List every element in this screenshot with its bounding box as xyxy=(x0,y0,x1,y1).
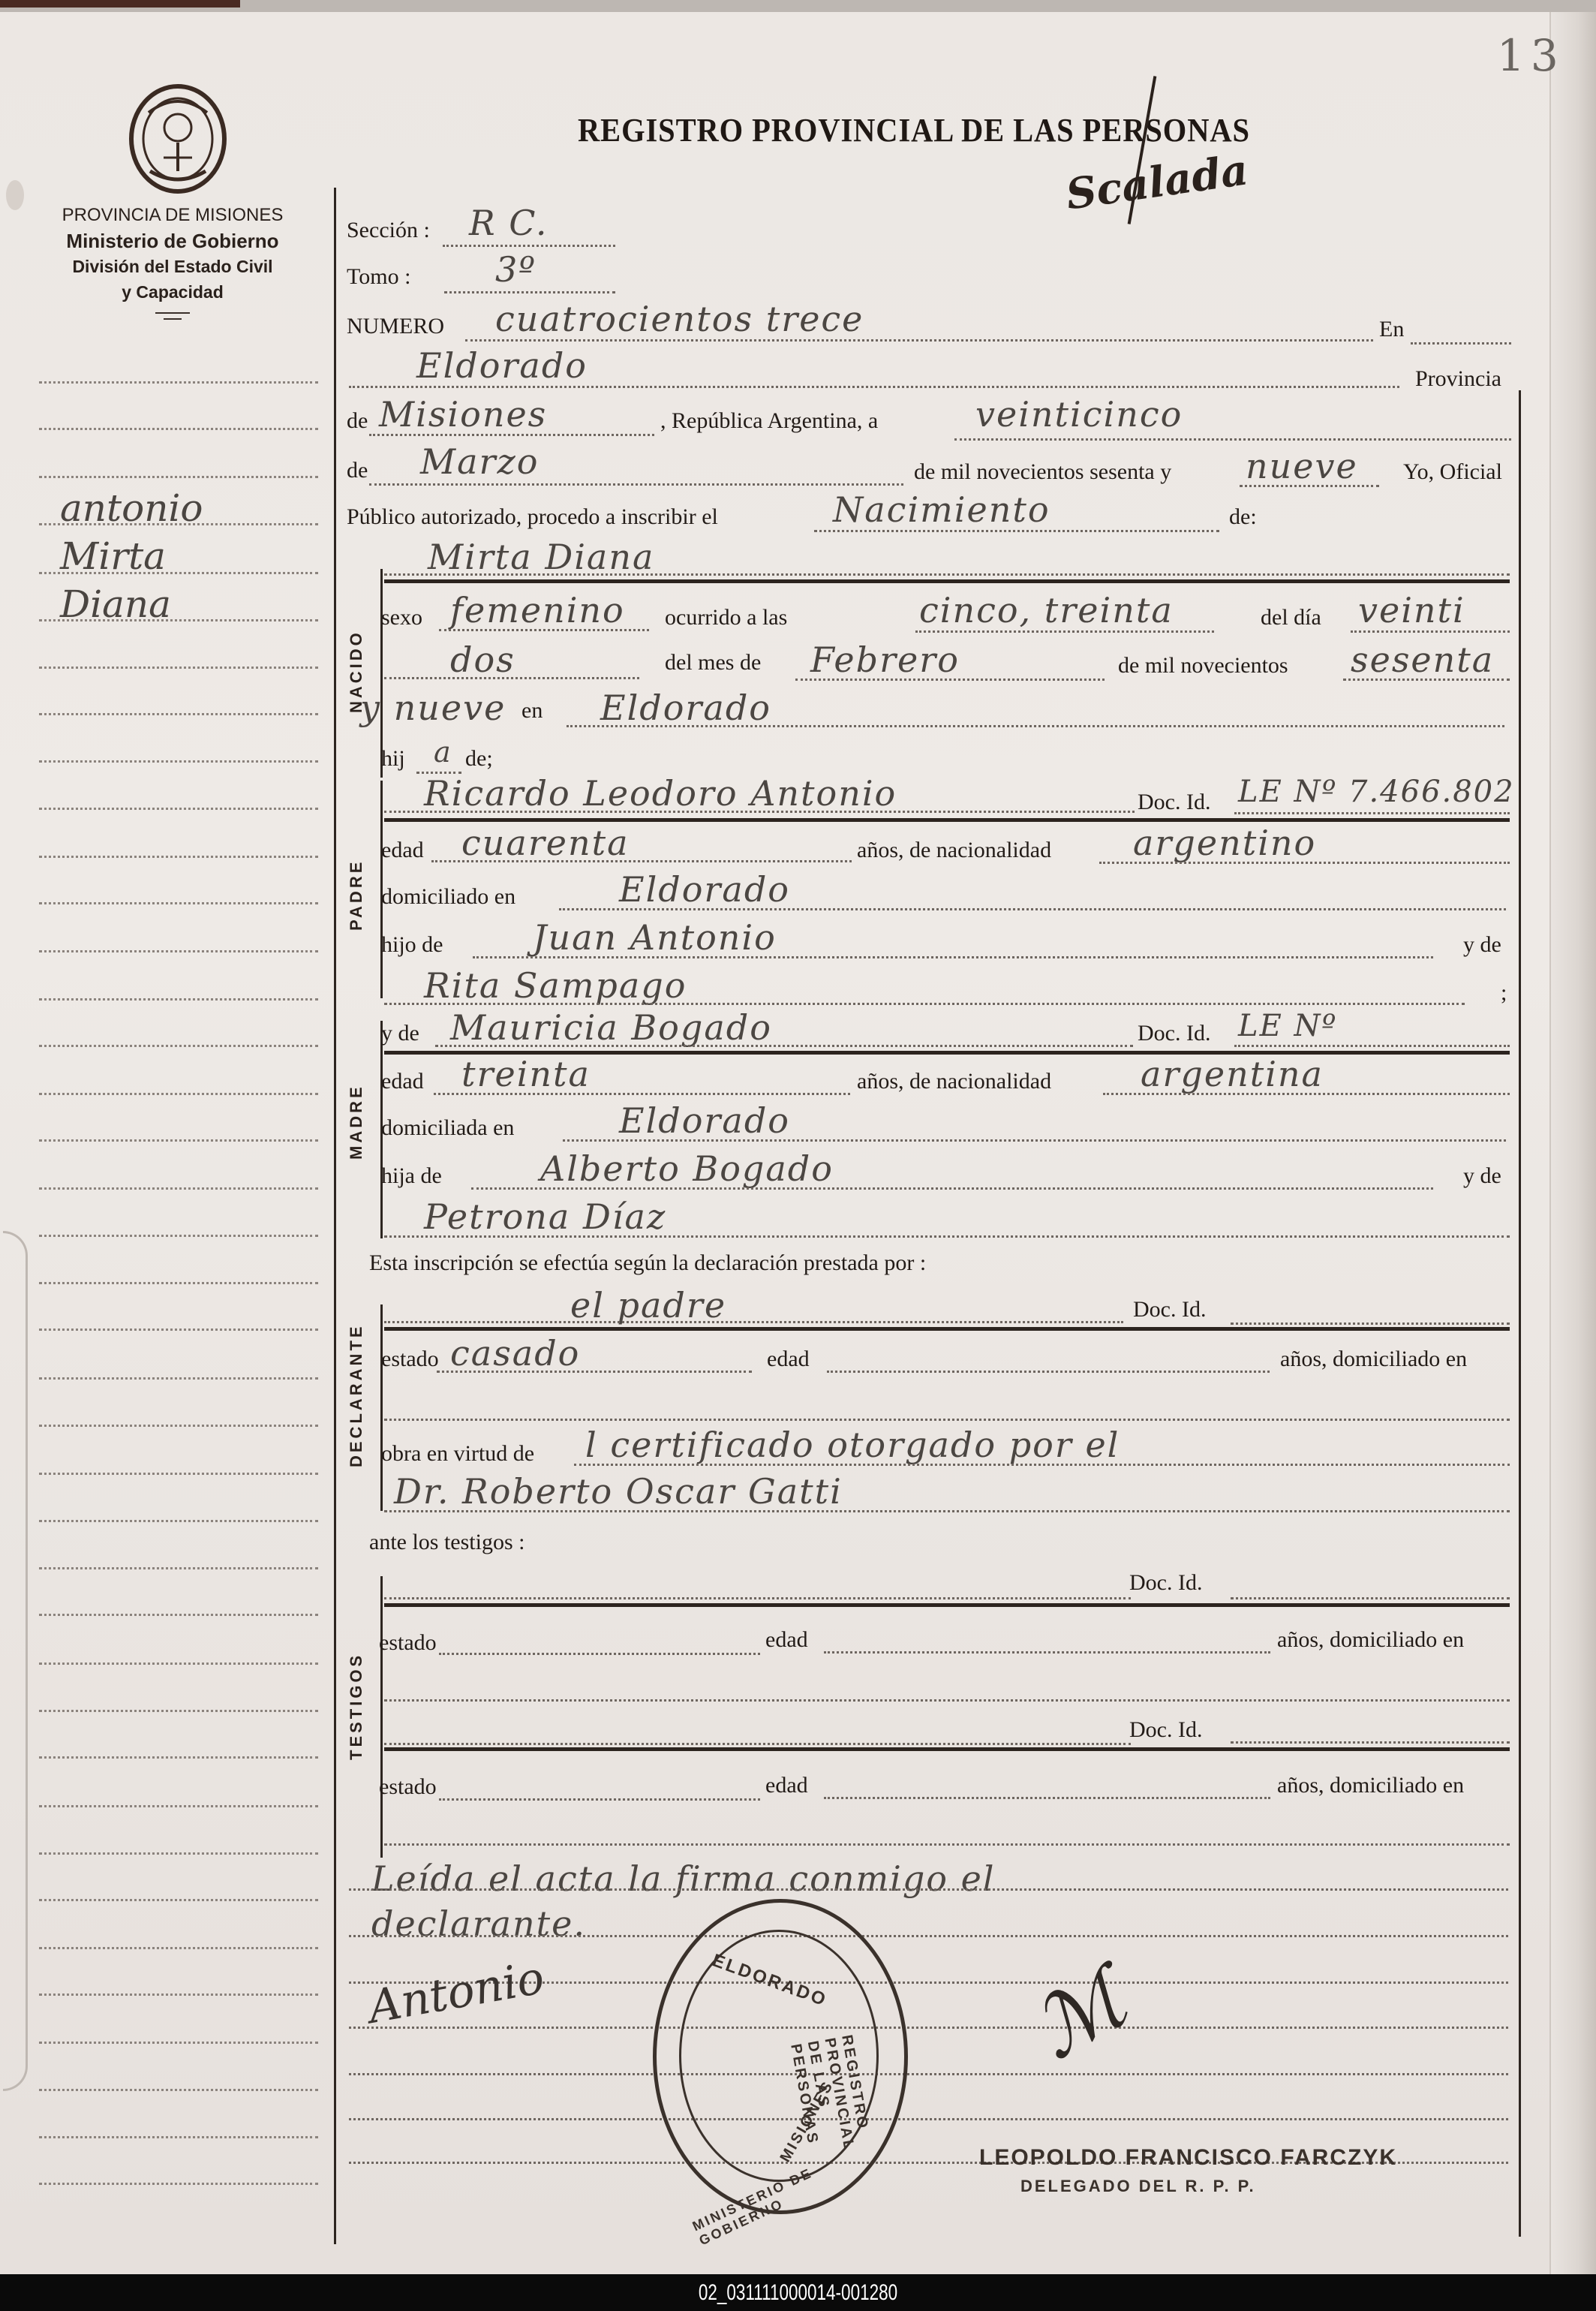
binder-clip xyxy=(3,1231,28,2091)
testigo-doc-label: Doc. Id. xyxy=(1129,1570,1202,1596)
page-stack-edge xyxy=(1549,12,1596,2274)
de-label: de xyxy=(347,458,368,483)
field-rule xyxy=(559,908,1506,910)
margin-rule xyxy=(39,381,318,384)
field-rule xyxy=(349,2073,1508,2075)
dia-value-part2: dos xyxy=(450,639,515,680)
margin-rule xyxy=(39,1614,318,1616)
field-rule xyxy=(795,679,1105,681)
dia-value-part1: veinti xyxy=(1358,590,1465,630)
domicilio-label: años, domiciliado en xyxy=(1277,1627,1464,1653)
margin-rule xyxy=(39,1994,318,1996)
padre-section-label: PADRE xyxy=(347,859,366,931)
field-rule xyxy=(824,1651,1270,1654)
margin-rule xyxy=(39,1473,318,1475)
numero-value: cuatrocientos trece xyxy=(495,299,864,339)
edad-label: edad xyxy=(765,1627,808,1653)
field-rule xyxy=(384,677,639,679)
dia-value: veinticinco xyxy=(975,394,1183,435)
sexo-value: femenino xyxy=(450,590,625,630)
en-label: en xyxy=(521,698,543,724)
tomo-label: Tomo : xyxy=(347,264,410,290)
field-rule xyxy=(439,629,649,631)
madre-edad-value: treinta xyxy=(461,1054,591,1094)
field-rule xyxy=(431,860,852,862)
anio-value: nueve xyxy=(1246,446,1358,486)
margin-rule xyxy=(39,950,318,952)
madre-padre-value: Alberto Bogado xyxy=(540,1148,834,1189)
hij-label: hij xyxy=(381,746,405,772)
declarante-doc-label: Doc. Id. xyxy=(1133,1297,1206,1323)
field-rule xyxy=(437,1371,752,1373)
field-rule xyxy=(567,725,1504,727)
anio-label: de mil novecientos xyxy=(1118,653,1288,679)
binder-hole xyxy=(6,180,24,210)
margin-rule xyxy=(39,2183,318,2185)
hij-value: a xyxy=(434,736,452,769)
declarante-nombre-value: el padre xyxy=(570,1285,726,1326)
semicolon: ; xyxy=(1501,980,1507,1006)
margin-rule xyxy=(39,2136,318,2138)
testigos-bracket xyxy=(380,1576,383,1858)
estado-label: estado xyxy=(379,1774,437,1800)
provincia-value: Misiones xyxy=(379,394,547,435)
section-rule xyxy=(384,1603,1510,1607)
section-rule xyxy=(384,1327,1510,1331)
margin-rule xyxy=(39,1805,318,1807)
divider xyxy=(164,318,182,320)
margin-rule xyxy=(39,856,318,858)
testigos-section-label: TESTIGOS xyxy=(347,1653,366,1760)
declarante-bracket xyxy=(380,1304,383,1511)
page-number: 13 xyxy=(1497,30,1564,81)
anio-value-part2: y nueve xyxy=(360,688,506,728)
hijo-de-label: hijo de xyxy=(381,932,443,958)
en-label: En xyxy=(1379,317,1404,342)
testigo-doc-label: Doc. Id. xyxy=(1129,1717,1202,1743)
margin-rule xyxy=(39,1899,318,1901)
field-rule xyxy=(384,1003,1465,1005)
field-rule xyxy=(1234,1045,1510,1047)
padre-madre-value: Rita Sampago xyxy=(424,965,687,1006)
field-rule xyxy=(384,1510,1510,1512)
right-border xyxy=(1519,390,1521,2237)
field-rule xyxy=(915,630,1214,633)
numero-label: NUMERO xyxy=(347,314,444,339)
official-title: DELEGADO DEL R. P. P. xyxy=(1020,2177,1256,2196)
margin-rule xyxy=(39,1282,318,1284)
padre-nacionalidad-value: argentino xyxy=(1133,823,1316,863)
margin-divider xyxy=(334,188,336,2244)
margin-rule xyxy=(39,1425,318,1427)
seccion-label: Sección : xyxy=(347,218,430,243)
header-signature: Scalada xyxy=(1063,145,1252,219)
field-rule xyxy=(369,434,654,436)
padre-edad-value: cuarenta xyxy=(461,823,630,863)
field-rule xyxy=(827,1371,1270,1373)
edad-label: edad xyxy=(381,1069,424,1094)
field-rule xyxy=(384,1597,1131,1599)
padre-doc-value: LE Nº 7.466.802 xyxy=(1238,775,1515,809)
margin-rule xyxy=(39,760,318,763)
closing-line1: Leída el acta la firma conmigo el xyxy=(371,1858,996,1899)
archive-code: 02_031111000014-001280 xyxy=(200,2274,1396,2311)
anio-label: de mil novecientos sesenta y xyxy=(914,459,1171,485)
field-rule xyxy=(1231,1323,1510,1325)
field-rule xyxy=(439,1798,760,1801)
tomo-value: 3º xyxy=(495,249,537,290)
margin-rule xyxy=(39,1093,318,1095)
field-rule xyxy=(954,438,1511,441)
binding-cover-edge xyxy=(0,0,240,8)
margin-note-line: antonio xyxy=(60,486,203,530)
lugar-value: Eldorado xyxy=(600,688,771,728)
madre-section-label: MADRE xyxy=(347,1084,366,1160)
organization-block: PROVINCIA DE MISIONES Ministerio de Gobi… xyxy=(23,203,323,320)
section-rule xyxy=(384,1747,1510,1751)
sexo-label: sexo xyxy=(381,605,422,630)
padre-domicilio-value: Eldorado xyxy=(619,869,790,910)
field-rule xyxy=(434,1093,850,1095)
testigos-intro: ante los testigos : xyxy=(369,1530,524,1555)
edad-label: edad xyxy=(381,838,424,863)
domicilio-label: domiciliada en xyxy=(381,1115,514,1141)
field-rule xyxy=(349,386,1399,388)
field-rule xyxy=(349,1888,1508,1891)
margin-rule xyxy=(39,1756,318,1759)
margin-rule xyxy=(39,1045,318,1047)
margin-rule xyxy=(39,1567,318,1569)
field-rule xyxy=(384,1843,1510,1846)
margin-rule xyxy=(39,713,318,715)
nacido-nombre-value: Mirta Diana xyxy=(428,537,654,577)
edad-label: edad xyxy=(765,1773,808,1798)
de-label: de: xyxy=(1229,504,1257,530)
provincia-label: Provincia xyxy=(1415,366,1501,392)
seccion-value: R C. xyxy=(469,203,548,243)
margin-rule xyxy=(39,808,318,810)
de-label: de; xyxy=(465,746,493,772)
margin-rule xyxy=(39,998,318,1001)
de-label: de xyxy=(347,408,368,434)
domicilio-label: años, domiciliado en xyxy=(1280,1347,1467,1372)
official-signature: ℳ xyxy=(1017,1951,1142,2078)
hija-de-label: hija de xyxy=(381,1163,442,1189)
acto-value: Nacimiento xyxy=(833,489,1050,530)
margin-rule xyxy=(39,1947,318,1949)
field-rule xyxy=(1099,862,1510,864)
madre-doc-label: Doc. Id. xyxy=(1138,1021,1210,1046)
field-rule xyxy=(1240,485,1379,487)
madre-doc-value: LE Nº xyxy=(1238,1009,1337,1043)
margin-rule xyxy=(39,1139,318,1142)
provincial-seal-icon xyxy=(126,83,230,195)
field-rule xyxy=(349,2118,1508,2120)
localidad-value: Eldorado xyxy=(416,345,588,386)
declarante-estado-value: casado xyxy=(450,1333,580,1374)
field-rule xyxy=(1351,630,1510,633)
publico-label: Público autorizado, procedo a inscribir … xyxy=(347,504,718,530)
madre-madre-value: Petrona Díaz xyxy=(424,1196,666,1237)
field-rule xyxy=(384,1235,1510,1238)
org-ministry: Ministerio de Gobierno xyxy=(23,228,323,254)
mes-value: Febrero xyxy=(810,639,960,680)
field-rule xyxy=(384,1743,1131,1745)
field-rule xyxy=(1231,1741,1510,1744)
madre-domicilio-value: Eldorado xyxy=(619,1100,790,1141)
margin-rule xyxy=(39,1710,318,1712)
margin-rule xyxy=(39,428,318,430)
section-rule xyxy=(384,818,1510,822)
declarant-signature: Antonio xyxy=(365,1951,549,2034)
padre-nombre-value: Ricardo Leodoro Antonio xyxy=(424,773,897,814)
mes-value: Marzo xyxy=(420,441,539,482)
declarante-section-label: DECLARANTE xyxy=(347,1323,366,1467)
dia-label: del día xyxy=(1261,605,1321,630)
y-de-label: y de xyxy=(381,1021,419,1046)
nacionalidad-label: años, de nacionalidad xyxy=(857,838,1051,863)
field-rule xyxy=(384,1699,1510,1702)
divider xyxy=(155,312,190,314)
org-capacity: y Capacidad xyxy=(23,279,323,305)
anio-value-part1: sesenta xyxy=(1351,639,1494,680)
field-rule xyxy=(1343,679,1510,681)
margin-rule xyxy=(39,1663,318,1665)
estado-label: estado xyxy=(379,1630,437,1656)
madre-nacionalidad-value: argentina xyxy=(1141,1054,1324,1094)
margin-rule xyxy=(39,476,318,478)
margin-rule xyxy=(39,1852,318,1855)
field-rule xyxy=(824,1797,1270,1799)
margin-rule xyxy=(39,2089,318,2091)
margin-rule xyxy=(39,1377,318,1380)
field-rule xyxy=(1234,812,1510,814)
y-de-label: y de xyxy=(1463,932,1501,958)
declarante-intro: Esta inscripción se efectúa según la dec… xyxy=(369,1250,926,1276)
ocurrido-label: ocurrido a las xyxy=(665,605,787,630)
document-page: 13 PROVINCIA DE MISIONES Ministerio de G… xyxy=(0,0,1596,2274)
obra-label: obra en virtud de xyxy=(381,1441,534,1467)
margin-rule xyxy=(39,2042,318,2044)
field-rule xyxy=(574,1464,1510,1466)
margin-note-line: Mirta xyxy=(60,534,166,578)
field-rule xyxy=(465,339,1373,342)
closing-line2: declarante. xyxy=(371,1903,586,1944)
registry-stamp: ELDORADO REGISTRO PROVINCIAL DE LAS PERS… xyxy=(653,1899,908,2214)
nacionalidad-label: años, de nacionalidad xyxy=(857,1069,1051,1094)
field-rule xyxy=(1231,1597,1510,1599)
field-rule xyxy=(349,2027,1508,2029)
margin-rule xyxy=(39,1520,318,1522)
org-province: PROVINCIA DE MISIONES xyxy=(23,203,323,228)
field-rule xyxy=(443,245,615,247)
official-name: LEOPOLDO FRANCISCO FARCZYK xyxy=(979,2145,1397,2171)
domicilio-label: domiciliado en xyxy=(381,884,515,910)
domicilio-label: años, domiciliado en xyxy=(1277,1773,1464,1798)
oficial-label: Yo, Oficial xyxy=(1403,459,1502,485)
margin-rule xyxy=(39,1235,318,1237)
obra-value-line2: Dr. Roberto Oscar Gatti xyxy=(394,1471,843,1512)
field-rule xyxy=(384,1419,1510,1421)
org-division: División del Estado Civil xyxy=(23,254,323,279)
field-rule xyxy=(473,956,1433,958)
field-rule xyxy=(563,1139,1506,1142)
edad-label: edad xyxy=(767,1347,810,1372)
field-rule xyxy=(349,1935,1508,1937)
hora-value: cinco, treinta xyxy=(919,590,1174,630)
padre-doc-label: Doc. Id. xyxy=(1138,790,1210,815)
margin-rule xyxy=(39,1187,318,1190)
y-de-label: y de xyxy=(1463,1163,1501,1189)
madre-nombre-value: Mauricia Bogado xyxy=(450,1007,772,1048)
republica-label: , República Argentina, a xyxy=(660,408,878,434)
field-rule xyxy=(1411,342,1511,345)
field-rule xyxy=(384,573,1510,576)
section-rule xyxy=(384,579,1510,583)
field-rule xyxy=(444,291,615,293)
margin-rule xyxy=(39,667,318,669)
field-rule xyxy=(369,483,903,486)
field-rule xyxy=(384,1321,1123,1323)
obra-value-line1: l certificado otorgado por el xyxy=(585,1425,1120,1465)
field-rule xyxy=(471,1187,1433,1190)
field-rule xyxy=(384,811,1135,813)
margin-rule xyxy=(39,1329,318,1331)
field-rule xyxy=(1103,1093,1510,1095)
margin-rule xyxy=(39,902,318,904)
padre-padre-value: Juan Antonio xyxy=(533,917,777,958)
estado-label: estado xyxy=(381,1347,439,1372)
margin-note-line: Diana xyxy=(60,582,171,626)
field-rule xyxy=(814,530,1219,532)
field-rule xyxy=(435,1045,1133,1047)
field-rule xyxy=(439,1653,760,1655)
mes-label: del mes de xyxy=(665,650,761,676)
